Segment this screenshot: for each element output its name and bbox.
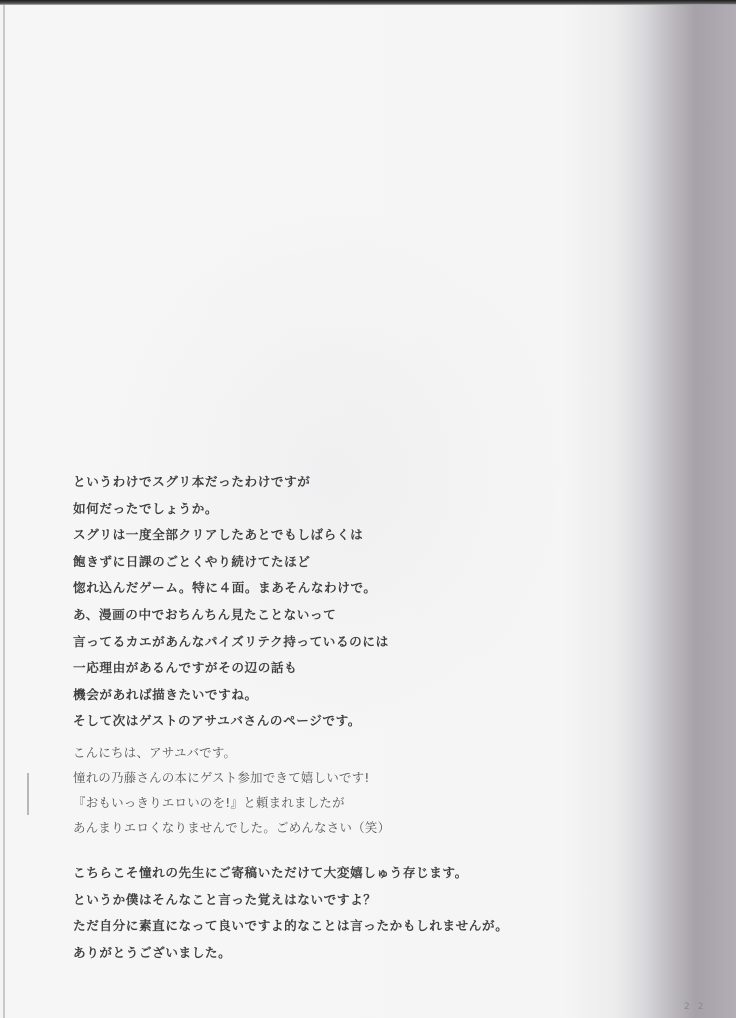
- afterword-line: 言ってるカエがあんなパイズリテク持っているのには: [73, 629, 389, 656]
- margin-mark: [27, 773, 29, 815]
- guest-line: 憧れの乃藤さんの本にゲスト参加できて嬉しいです!: [73, 765, 390, 790]
- guest-message: こんにちは、アサユバです。 憧れの乃藤さんの本にゲスト参加できて嬉しいです! 『…: [73, 740, 390, 840]
- guest-line: あんまりエロくなりませんでした。ごめんなさい（笑）: [73, 815, 390, 840]
- afterword-line: 如何だったでしょうか。: [73, 496, 389, 523]
- reply-line: ありがとうございました。: [73, 940, 508, 967]
- guest-line: 『おもいっきりエロいのを!』と頼まれましたが: [73, 790, 390, 815]
- reply-line: というか僕はそんなこと言った覚えはないですよ？: [73, 887, 508, 914]
- reply-line: ただ自分に素直になって良いですよ的なことは言ったかもしれませんが。: [73, 913, 508, 940]
- afterword-line: 飽きずに日課のごとくやり続けてたほど: [73, 549, 389, 576]
- reply-line: こちらこそ憧れの先生にご寄稿いただけて大変嬉しゅう存じます。: [73, 860, 508, 887]
- afterword-line: 一応理由があるんですがその辺の話も: [73, 655, 389, 682]
- reply-text: こちらこそ憧れの先生にご寄稿いただけて大変嬉しゅう存じます。 というか僕はそんな…: [73, 860, 508, 966]
- guest-line: こんにちは、アサユバです。: [73, 740, 390, 765]
- afterword-text: というわけでスグリ本だったわけですが 如何だったでしょうか。 スグリは一度全部ク…: [73, 469, 389, 735]
- afterword-line: というわけでスグリ本だったわけですが: [73, 469, 389, 496]
- afterword-line: 機会があれば描きたいですね。: [73, 682, 389, 709]
- afterword-line: あ、漫画の中でおちんちん見たことないって: [73, 602, 389, 629]
- afterword-line: 惚れ込んだゲーム。特に４面。まあそんなわけで。: [73, 575, 389, 602]
- page-number: 22: [684, 1002, 724, 1014]
- afterword-line: そして次はゲストのアサユバさんのページです。: [73, 708, 389, 735]
- afterword-line: スグリは一度全部クリアしたあとでもしばらくは: [73, 522, 389, 549]
